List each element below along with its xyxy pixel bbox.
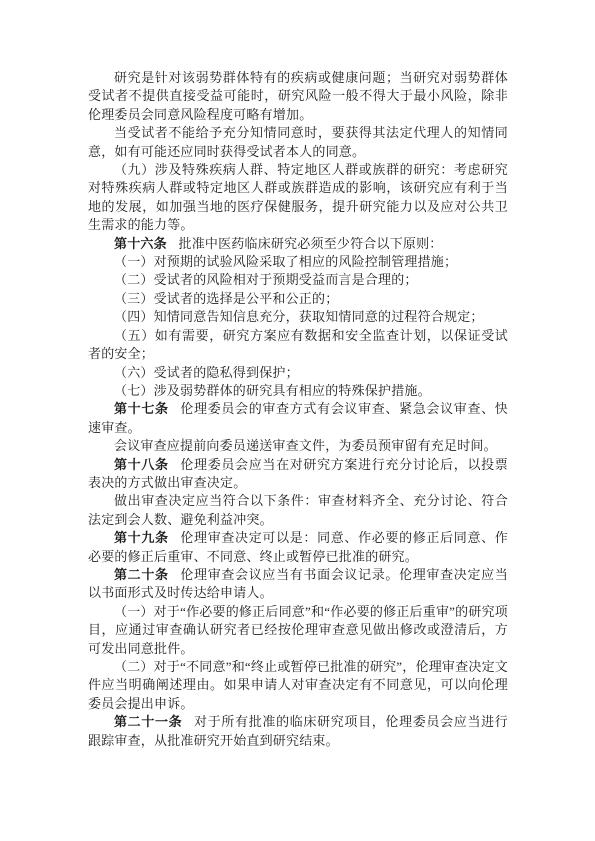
paragraph-text: 会议审查应提前向委员递送审查文件，为委员预审留有充足时间。: [114, 438, 497, 453]
article-number: 第十九条: [114, 530, 169, 545]
paragraph-text: （九）涉及特殊疾病人群、特定地区人群或族群的研究：考虑研究对特殊疾病人群或特定地…: [88, 162, 508, 232]
paragraph: 第二十一条对于所有批准的临床研究项目，伦理委员会应当进行跟踪审查，从批准研究开始…: [88, 713, 508, 750]
paragraph: 做出审查决定应当符合以下条件：审查材料齐全、充分讨论、符合法定到会人数、避免利益…: [88, 492, 508, 529]
paragraph: （一）对预期的试验风险采取了相应的风险控制管理措施；: [88, 253, 508, 271]
paragraph: （二）对于“不同意”和“终止或暂停已批准的研究”，伦理审查决定文件应当明确阐述理…: [88, 658, 508, 713]
paragraph: （二）受试者的风险相对于预期受益而言是合理的；: [88, 271, 508, 289]
paragraph-text: （四）知情同意告知信息充分，获取知情同意的过程符合规定；: [114, 309, 484, 324]
paragraph-text: 做出审查决定应当符合以下条件：审查材料齐全、充分讨论、符合法定到会人数、避免利益…: [88, 493, 508, 526]
paragraph-text: （六）受试者的隐私得到保护；: [114, 365, 299, 380]
paragraph: 第十九条伦理审查决定可以是：同意、作必要的修正后同意、作必要的修正后重审、不同意…: [88, 529, 508, 566]
document-page: 研究是针对该弱势群体特有的疾病或健康问题；当研究对弱势群体受试者不提供直接受益可…: [0, 0, 595, 841]
paragraph: （五）如有需要，研究方案应有数据和安全监查计划，以保证受试者的安全；: [88, 327, 508, 364]
paragraph-text: （三）受试者的选择是公平和公正的；: [114, 291, 338, 306]
paragraph-text: （五）如有需要，研究方案应有数据和安全监查计划，以保证受试者的安全；: [88, 328, 508, 361]
article-number: 第十七条: [114, 401, 169, 416]
paragraph: （四）知情同意告知信息充分，获取知情同意的过程符合规定；: [88, 308, 508, 326]
paragraph: 第十七条伦理委员会的审查方式有会议审查、紧急会议审查、快速审查。: [88, 400, 508, 437]
paragraph-text: （一）对预期的试验风险采取了相应的风险控制管理措施；: [114, 254, 457, 269]
paragraph: 第十六条批准中医药临床研究必须至少符合以下原则：: [88, 235, 508, 253]
paragraph: （九）涉及特殊疾病人群、特定地区人群或族群的研究：考虑研究对特殊疾病人群或特定地…: [88, 161, 508, 235]
paragraph: 会议审查应提前向委员递送审查文件，为委员预审留有充足时间。: [88, 437, 508, 455]
paragraph: 当受试者不能给予充分知情同意时，要获得其法定代理人的知情同意，如有可能还应同时获…: [88, 124, 508, 161]
article-number: 第十八条: [114, 457, 169, 472]
paragraph-text: 批准中医药临床研究必须至少符合以下原则：: [179, 236, 443, 251]
paragraph: （一）对于“作必要的修正后同意”和“作必要的修正后重审”的研究项目，应通过审查确…: [88, 603, 508, 658]
article-number: 第十六条: [114, 236, 167, 251]
paragraph-text: （一）对于“作必要的修正后同意”和“作必要的修正后重审”的研究项目，应通过审查确…: [88, 604, 508, 656]
paragraph-text: （二）对于“不同意”和“终止或暂停已批准的研究”，伦理审查决定文件应当明确阐述理…: [88, 659, 508, 711]
paragraph: （六）受试者的隐私得到保护；: [88, 364, 508, 382]
article-number: 第二十一条: [114, 714, 182, 729]
paragraph: 第二十条伦理审查会议应当有书面会议记录。伦理审查决定应当以书面形式及时传达给申请…: [88, 566, 508, 603]
document-body: 研究是针对该弱势群体特有的疾病或健康问题；当研究对弱势群体受试者不提供直接受益可…: [88, 69, 508, 750]
paragraph: 第十八条伦理委员会应当在对研究方案进行充分讨论后，以投票表决的方式做出审查决定。: [88, 456, 508, 493]
paragraph-text: （二）受试者的风险相对于预期受益而言是合理的；: [114, 272, 418, 287]
paragraph: （七）涉及弱势群体的研究具有相应的特殊保护措施。: [88, 382, 508, 400]
article-number: 第二十条: [114, 567, 169, 582]
paragraph: （三）受试者的选择是公平和公正的；: [88, 290, 508, 308]
paragraph-text: 研究是针对该弱势群体特有的疾病或健康问题；当研究对弱势群体受试者不提供直接受益可…: [88, 70, 508, 122]
paragraph-text: （七）涉及弱势群体的研究具有相应的特殊保护措施。: [114, 383, 431, 398]
paragraph: 研究是针对该弱势群体特有的疾病或健康问题；当研究对弱势群体受试者不提供直接受益可…: [88, 69, 508, 124]
paragraph-text: 当受试者不能给予充分知情同意时，要获得其法定代理人的知情同意，如有可能还应同时获…: [88, 125, 508, 158]
